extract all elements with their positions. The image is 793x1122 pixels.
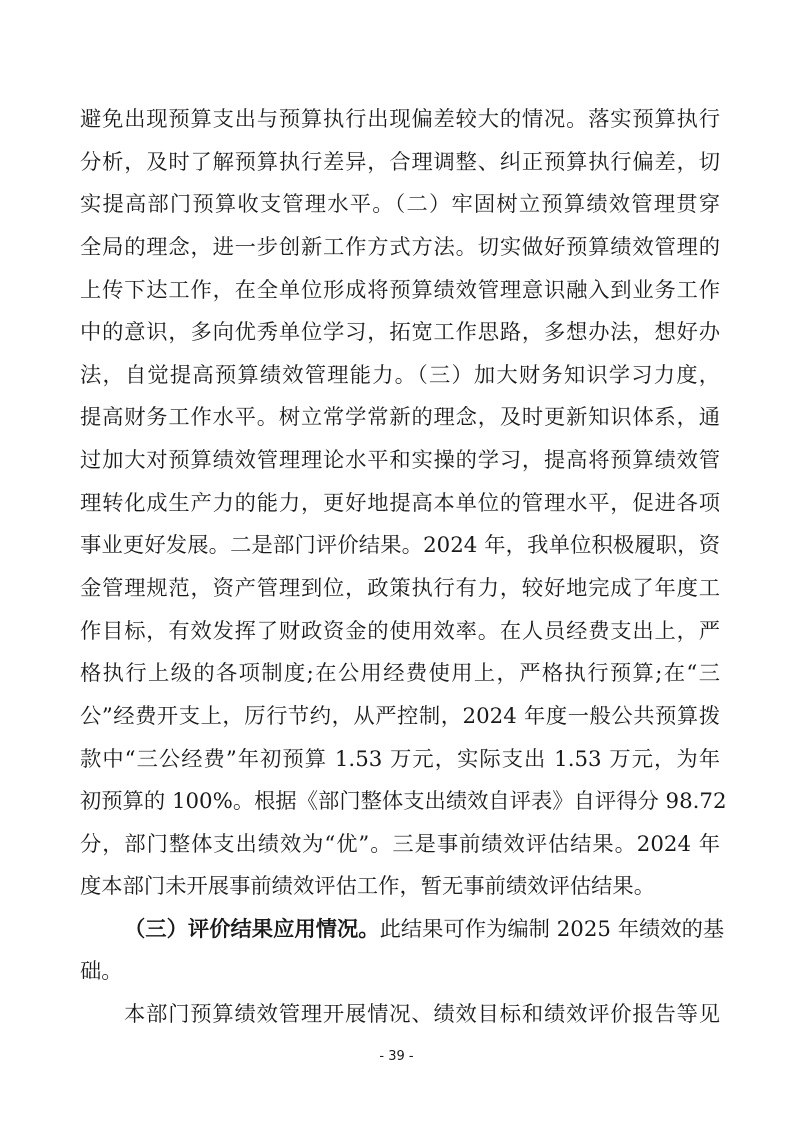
body-line-16: 款中“三公经费”年初预算 1.53 万元，实际支出 1.53 万元，为年 — [80, 745, 720, 775]
section-3-heading: （三）评价结果应用情况。 — [124, 917, 380, 942]
document-page: 避免出现预算支出与预算执行出现偏差较大的情况。落实预算执行 分析，及时了解预算执… — [0, 0, 793, 1122]
section-3-text: 此结果可作为编制 2025 年绩效的基 — [380, 917, 725, 942]
body-line-19: 度本部门未开展事前绩效评估工作，暂无事前绩效评估结果。 — [80, 872, 720, 902]
body-line-17: 初预算的 100%。根据《部门整体支出绩效自评表》自评得分 98.72 — [80, 787, 720, 817]
body-line-5: 上传下达工作，在全单位形成将预算绩效管理意识融入到业务工作 — [80, 276, 720, 306]
body-line-8: 提高财务工作水平。树立常学常新的理念，及时更新知识体系，通 — [80, 403, 720, 433]
body-line-6: 中的意识，多向优秀单位学习，拓宽工作思路，多想办法，想好办 — [80, 318, 720, 348]
body-line-11: 事业更好发展。二是部门评价结果。2024 年，我单位积极履职，资 — [80, 531, 720, 561]
body-line-12: 金管理规范，资产管理到位，政策执行有力，较好地完成了年度工 — [80, 574, 720, 604]
body-line-4: 全局的理念，进一步创新工作方式方法。切实做好预算绩效管理的 — [80, 233, 720, 263]
body-line-15: 公”经费开支上，厉行节约，从严控制，2024 年度一般公共预算拨 — [80, 702, 720, 732]
body-line-13: 作目标，有效发挥了财政资金的使用效率。在人员经费支出上，严 — [80, 617, 720, 647]
section-3-paragraph: （三）评价结果应用情况。此结果可作为编制 2025 年绩效的基 — [124, 915, 720, 945]
body-line-10: 理转化成生产力的能力，更好地提高本单位的管理水平，促进各项 — [80, 489, 720, 519]
body-line-1: 避免出现预算支出与预算执行出现偏差较大的情况。落实预算执行 — [80, 105, 720, 135]
body-line-7: 法，自觉提高预算绩效管理能力。（三）加大财务知识学习力度， — [80, 361, 720, 391]
section-3-continuation: 础。 — [80, 957, 720, 987]
page-number: - 39 - — [0, 1047, 793, 1067]
closing-paragraph: 本部门预算绩效管理开展情况、绩效目标和绩效评价报告等见 — [124, 1000, 720, 1030]
body-line-14: 格执行上级的各项制度;在公用经费使用上，严格执行预算;在“三 — [80, 659, 720, 689]
body-line-2: 分析，及时了解预算执行差异，合理调整、纠正预算执行偏差，切 — [80, 148, 720, 178]
body-line-9: 过加大对预算绩效管理理论水平和实操的学习，提高将预算绩效管 — [80, 446, 720, 476]
body-line-18: 分，部门整体支出绩效为“优”。三是事前绩效评估结果。2024 年 — [80, 830, 720, 860]
body-line-3: 实提高部门预算收支管理水平。（二）牢固树立预算绩效管理贯穿 — [80, 190, 720, 220]
